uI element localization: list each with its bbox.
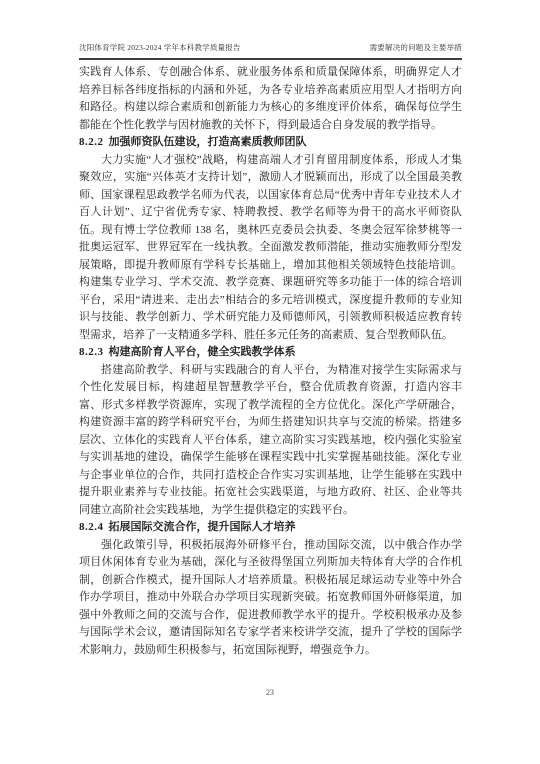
section-paragraph: 大力实施“人才强校”战略，构建高端人才引育留用制度体系，形成人才集聚效应，实施“… bbox=[79, 152, 462, 345]
page-body: 实践育人体系、专创融合体系、就业服务体系和质量保障体系，明确界定人才培养目标各纬… bbox=[79, 64, 462, 659]
section-title: 构建高阶育人平台，健全实践教学体系 bbox=[109, 346, 296, 358]
page-footer: 23 bbox=[0, 688, 540, 697]
running-head: 沈阳体育学院 2023-2024 学年本科教学质量报告 需要解决的问题及主要举措 bbox=[79, 42, 462, 53]
section-heading-8-2-3: 8.2.3构建高阶育人平台，健全实践教学体系 bbox=[79, 344, 462, 362]
running-head-right: 需要解决的问题及主要举措 bbox=[370, 42, 462, 53]
section-paragraph: 强化政策引导，积极拓展海外研修平台，推动国际交流，以中俄合作办学项目休闲体育专业… bbox=[79, 537, 462, 660]
section-title: 拓展国际交流合作，提升国际人才培养 bbox=[109, 521, 296, 533]
header-rule bbox=[79, 58, 462, 60]
section-heading-8-2-4: 8.2.4拓展国际交流合作，提升国际人才培养 bbox=[79, 519, 462, 537]
section-paragraph: 搭建高阶教学、科研与实践融合的育人平台，为精准对接学生实际需求与个性化发展目标，… bbox=[79, 362, 462, 520]
document-page: 沈阳体育学院 2023-2024 学年本科教学质量报告 需要解决的问题及主要举措… bbox=[0, 0, 540, 764]
section-number: 8.2.4 bbox=[79, 521, 104, 533]
section-heading-8-2-2: 8.2.2加强师资队伍建设，打造高素质教师团队 bbox=[79, 134, 462, 152]
running-head-left: 沈阳体育学院 2023-2024 学年本科教学质量报告 bbox=[79, 42, 241, 53]
section-number: 8.2.3 bbox=[79, 346, 104, 358]
paragraph-continuation: 实践育人体系、专创融合体系、就业服务体系和质量保障体系，明确界定人才培养目标各纬… bbox=[79, 64, 462, 134]
section-title: 加强师资队伍建设，打造高素质教师团队 bbox=[109, 136, 307, 148]
section-number: 8.2.2 bbox=[79, 136, 104, 148]
page-number: 23 bbox=[266, 688, 274, 697]
